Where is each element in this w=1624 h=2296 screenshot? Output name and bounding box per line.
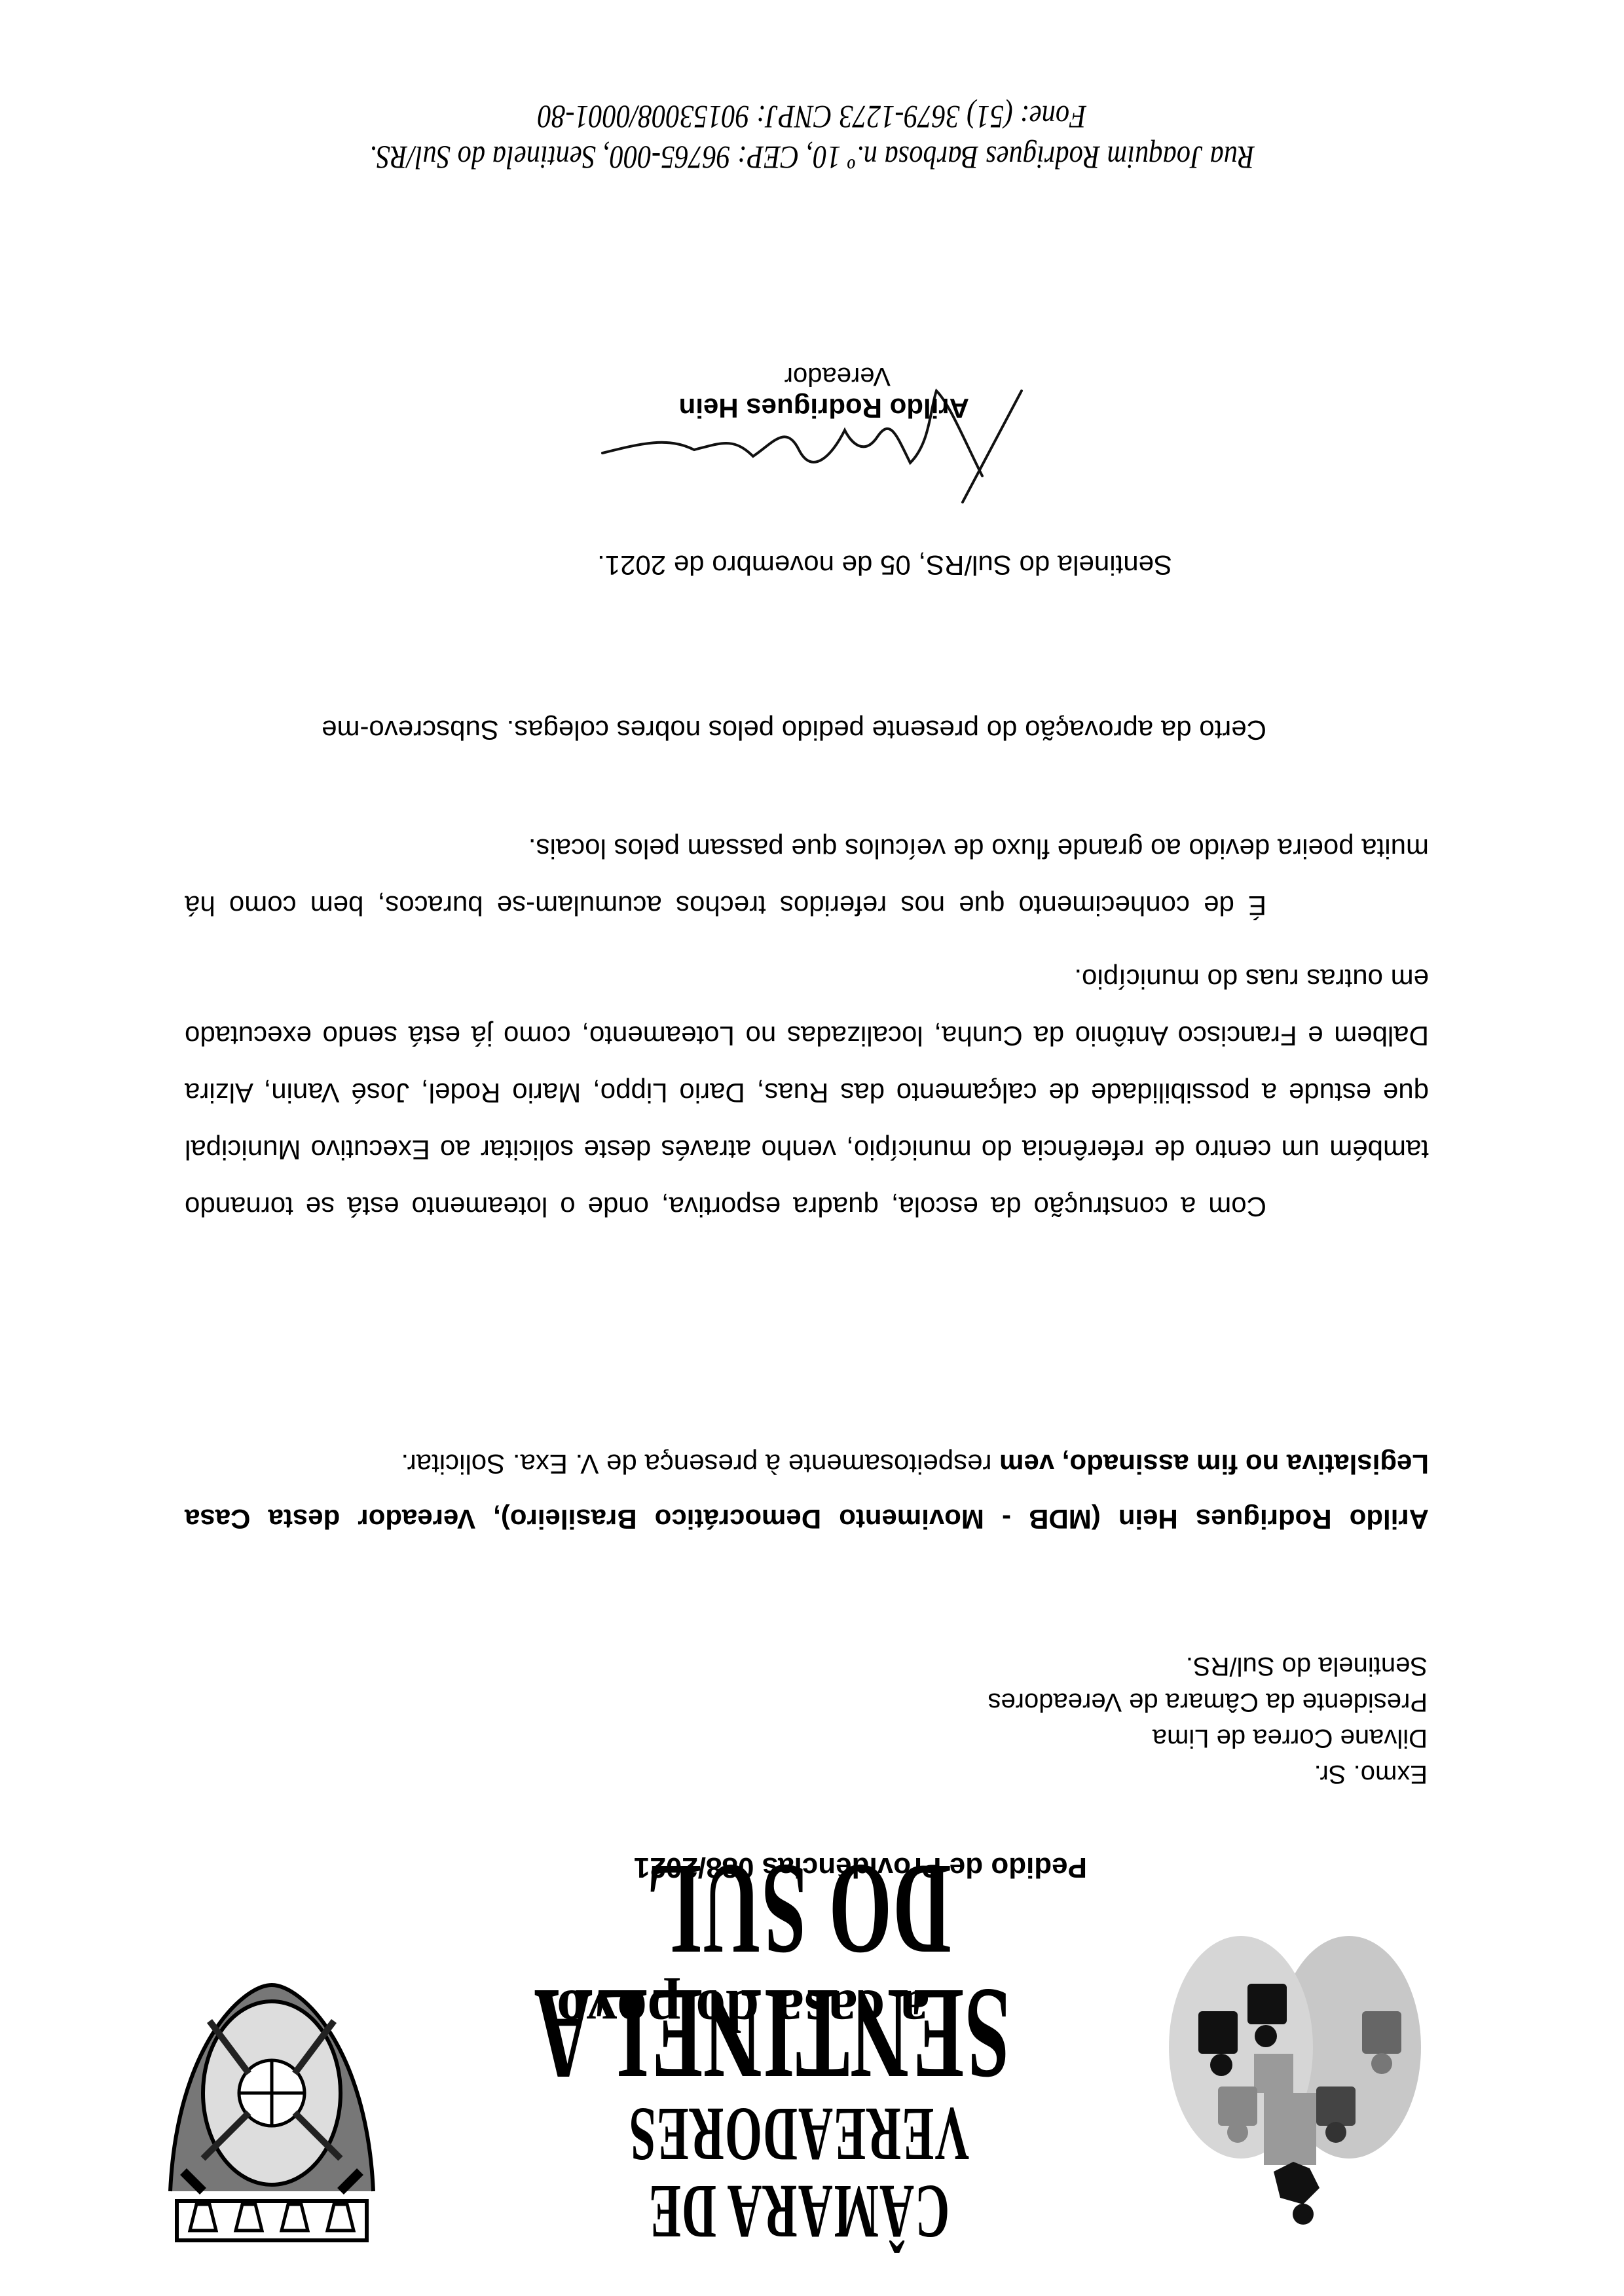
signer-role: Vereador [784, 361, 891, 391]
body-paragraph: É de conhecimento que nos referidos trec… [185, 820, 1429, 934]
intro-request: respeitosamente à presença de V. Exa. So… [401, 1449, 999, 1480]
footer-address: Rua Joaquim Rodrigues Barbosa n.º 10, CE… [261, 137, 1363, 178]
date-line: Sentinela do Sul/RS, 05 de novembro de 2… [597, 549, 1172, 581]
institution-name-line1: CÂMARA DE VEREADORES [588, 2096, 1010, 2250]
document-title: Pedido de Providências 088/2021 [634, 1851, 1087, 1884]
signer-name: Arildo Rodrigues Hein [679, 392, 969, 424]
closing-text: Certo da aprovação do presente pedido pe… [322, 714, 1266, 746]
recipient-salutation: Exmo. Sr. [987, 1756, 1428, 1792]
institution-name: CÂMARA DE VEREADORES SENTINELA DO SUL [588, 1847, 1010, 2250]
recipient-name: Dilvane Correa de Lima [987, 1720, 1428, 1756]
recipient-location: Sentinela do Sul/RS. [987, 1648, 1428, 1684]
recipient-block: Exmo. Sr. Dilvane Correa de Lima Preside… [987, 1648, 1428, 1792]
document-page: CÂMARA DE VEREADORES SENTINELA DO SUL a … [0, 0, 1624, 2296]
chamber-logo-icon [1133, 1929, 1460, 2244]
institution-name-line2: SENTINELA DO SUL [588, 1847, 1010, 2096]
municipal-coat-of-arms-icon [164, 1982, 380, 2244]
institution-tagline: a casa do povo [537, 1978, 930, 2044]
body-paragraph: Com a construção da escola, quadra espor… [185, 951, 1429, 1235]
intro-paragraph: Arildo Rodrigues Hein (MDB - Movimento D… [185, 1436, 1429, 1546]
footer-contact: Fone: (51) 3679-1273 CNPJ: 90153008/0001… [261, 97, 1363, 137]
footer-address-block: Rua Joaquim Rodrigues Barbosa n.º 10, CE… [164, 97, 1460, 178]
recipient-role: Presidente da Câmara de Vereadores [987, 1684, 1428, 1720]
